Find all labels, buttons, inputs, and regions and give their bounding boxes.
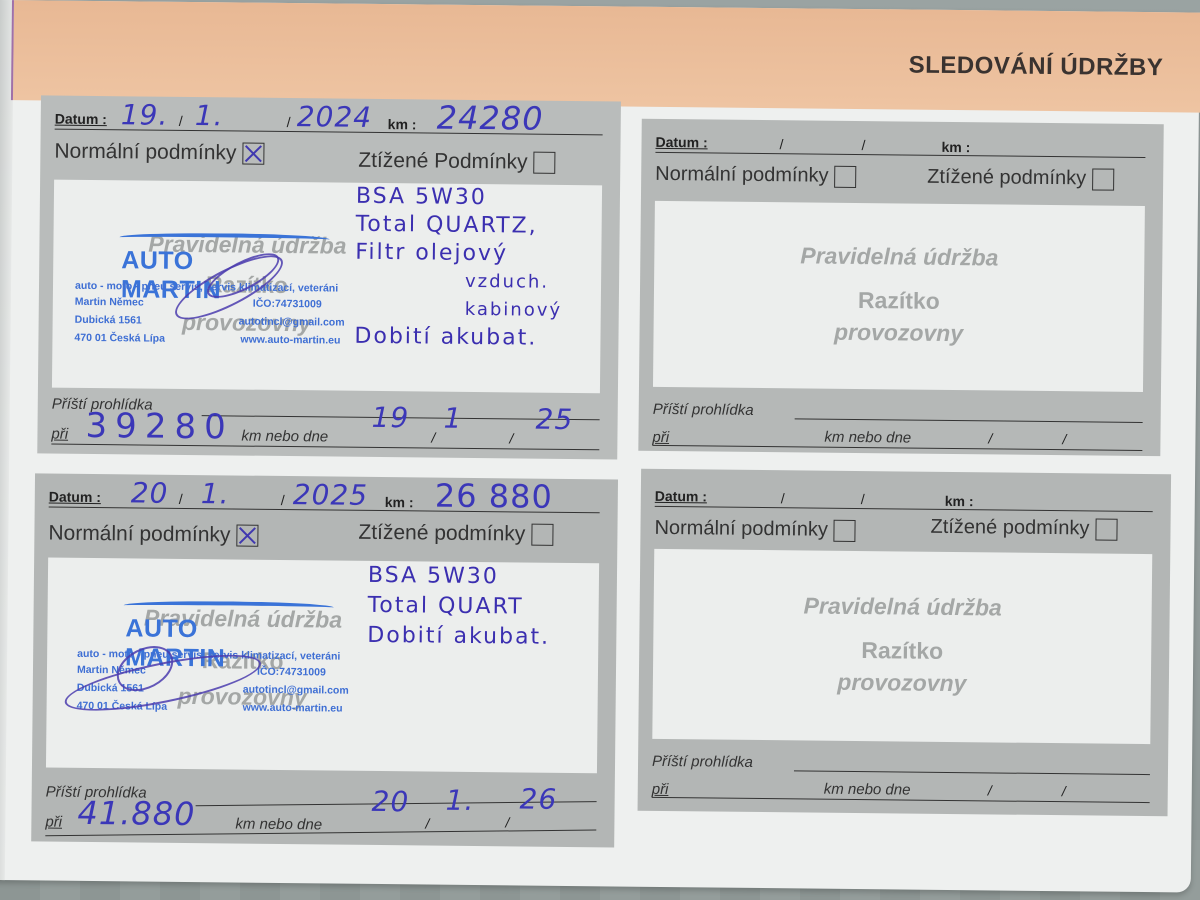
service-notes: BSA 5W30 Total QUART Dobití akubat.: [367, 561, 551, 653]
normal-conditions-label: Normální podmínky: [54, 140, 236, 166]
at-label: při: [45, 814, 62, 831]
next-month[interactable]: 1.: [445, 784, 474, 817]
next-inspection-label: Příští prohlídka: [652, 753, 753, 771]
date-month[interactable]: 1.: [195, 99, 224, 132]
next-km[interactable]: 39280: [85, 406, 234, 448]
km-label: km :: [941, 139, 970, 155]
date-separator: /: [781, 490, 785, 506]
harsh-conditions-label: Ztížené podmínky: [358, 521, 525, 547]
next-inspection-at-row: při km nebo dne / /: [652, 425, 1142, 454]
next-month[interactable]: 1: [443, 402, 462, 435]
normal-conditions-checkbox[interactable]: [242, 143, 264, 165]
date-separator: /: [425, 816, 429, 832]
harsh-conditions-label: Ztížené podmínky: [930, 516, 1089, 541]
next-year[interactable]: 25: [535, 403, 573, 436]
header-band: SLEDOVÁNÍ ÚDRŽBY: [13, 0, 1200, 112]
normal-conditions-label: Normální podmínky: [654, 517, 828, 542]
km-or-date-label: km nebo dne: [241, 428, 328, 446]
stamp-web: www.auto-martin.eu: [240, 334, 340, 347]
harsh-conditions-label: Ztížené podmínky: [927, 166, 1086, 191]
date-separator: /: [988, 430, 992, 446]
conditions-row: Normální podmínky Ztížené podmínky: [655, 163, 1149, 198]
km-or-date-label: km nebo dne: [824, 781, 911, 799]
note-line: BSA 5W30: [356, 183, 564, 213]
maintenance-card-2: Datum : / / km : Normální podmínky Ztíže…: [638, 119, 1163, 456]
note-line: Total QUARTZ,: [356, 211, 564, 241]
date-separator: /: [287, 114, 291, 130]
page-title: SLEDOVÁNÍ ÚDRŽBY: [909, 52, 1164, 83]
underline: [794, 770, 1150, 775]
page-binding-edge: [0, 0, 14, 880]
date-day[interactable]: 19.: [121, 98, 169, 131]
next-day[interactable]: 19: [371, 401, 409, 434]
normal-conditions-label: Normální podmínky: [48, 522, 230, 548]
stamp-city: 470 01 Česká Lípa: [74, 332, 165, 345]
note-line: vzduch.: [355, 267, 563, 297]
date-separator: /: [509, 430, 513, 446]
date-separator: /: [281, 492, 285, 508]
date-km-row: Datum : 20 / 1. / 2025 km : 26 880: [49, 482, 600, 514]
next-inspection-at-row: při 39280 km nebo dne 19 / 1 / 25: [51, 422, 599, 454]
normal-conditions: Normální podmínky: [54, 140, 264, 166]
underline: [795, 418, 1143, 423]
date-separator: /: [861, 491, 865, 507]
stamp-area[interactable]: Pravidelná údržba Razítko provozovny: [652, 549, 1152, 744]
stamp-ico: IČO:74731009: [257, 666, 326, 679]
watermark-workshop: provozovny: [653, 317, 1143, 349]
date-km-row: Datum : / / km :: [655, 127, 1145, 158]
stamp-area: Pravidelná údržba Razítko provozovny AUT…: [52, 180, 602, 394]
stamp-ico: IČO:74731009: [253, 298, 322, 311]
normal-conditions: Normální podmínky: [48, 522, 258, 548]
datum-label: Datum :: [655, 134, 707, 151]
harsh-conditions-checkbox[interactable]: [533, 152, 555, 174]
date-km-row: Datum : / / km :: [655, 481, 1153, 512]
km-label: km :: [388, 116, 417, 132]
watermark-regular-maintenance: Pravidelná údržba: [654, 591, 1152, 623]
conditions-row: Normální podmínky Ztížené podmínky: [654, 513, 1156, 548]
next-year[interactable]: 26: [519, 782, 557, 815]
note-line: Dobití akubat.: [354, 323, 562, 353]
watermark-stamp: Razítko: [654, 285, 1144, 317]
note-line: Filtr olejový: [355, 239, 563, 269]
next-km[interactable]: 41.880: [77, 794, 195, 833]
stamp-email: autotincl@gmail.com: [243, 684, 349, 697]
stamp-area: Pravidelná údržba Razítko provozovny AUT…: [46, 558, 599, 774]
date-km-row: Datum : 19. / 1. / 2024 km : 24280: [55, 104, 603, 136]
date-separator: /: [861, 137, 865, 153]
next-inspection-at-row: při 41.880 km nebo dne 20 / 1. / 26: [45, 810, 596, 842]
stamp-area[interactable]: Pravidelná údržba Razítko provozovny: [653, 201, 1145, 392]
date-separator: /: [179, 113, 183, 129]
next-day[interactable]: 20: [371, 785, 409, 818]
note-line: Total QUART: [368, 591, 551, 623]
note-line: BSA 5W30: [368, 561, 551, 593]
at-label: při: [51, 426, 68, 443]
date-month[interactable]: 1.: [201, 477, 230, 510]
date-separator: /: [1062, 783, 1066, 799]
stamp-web: www.auto-martin.eu: [243, 702, 343, 715]
date-year[interactable]: 2025: [293, 478, 369, 512]
date-separator: /: [988, 782, 992, 798]
stamp-email: autotincl@gmail.com: [239, 316, 345, 329]
km-label: km :: [945, 493, 974, 509]
date-separator: /: [179, 491, 183, 507]
harsh-conditions-checkbox[interactable]: [1095, 518, 1117, 540]
date-separator: /: [505, 814, 509, 830]
normal-conditions-checkbox[interactable]: [834, 519, 856, 541]
date-year[interactable]: 2024: [297, 100, 373, 134]
watermark-workshop: provozovny: [653, 667, 1151, 699]
maintenance-card-1: Datum : 19. / 1. / 2024 km : 24280 Normá…: [37, 95, 621, 459]
harsh-conditions: Ztížené podmínky: [927, 166, 1114, 191]
service-notes: BSA 5W30 Total QUARTZ, Filtr olejový vzd…: [354, 183, 563, 353]
harsh-conditions: Ztížené podmínky: [930, 516, 1117, 541]
at-label: při: [652, 429, 669, 446]
date-separator: /: [431, 430, 435, 446]
harsh-conditions: Ztížené Podmínky: [358, 149, 555, 175]
watermark-regular-maintenance: Pravidelná údržba: [654, 241, 1144, 273]
date-separator: /: [779, 136, 783, 152]
conditions-row: Normální podmínky Ztížené podmínky: [48, 518, 603, 554]
maintenance-card-4: Datum : / / km : Normální podmínky Ztíže…: [638, 469, 1172, 817]
km-or-date-label: km nebo dne: [824, 429, 911, 447]
stamp-owner: Martin Němec: [75, 296, 144, 309]
datum-label: Datum :: [55, 111, 107, 128]
normal-conditions-checkbox[interactable]: [834, 165, 856, 187]
normal-conditions-checkbox[interactable]: [236, 525, 258, 547]
next-inspection-label: Příští prohlídka: [653, 401, 754, 419]
harsh-conditions-checkbox[interactable]: [1092, 168, 1114, 190]
harsh-conditions-label: Ztížené Podmínky: [358, 149, 527, 175]
note-line: kabinový: [355, 295, 563, 325]
odometer-km[interactable]: 24280: [437, 99, 544, 138]
service-book-page: SLEDOVÁNÍ ÚDRŽBY Datum : 19. / 1. / 2024…: [0, 0, 1200, 893]
odometer-km[interactable]: 26 880: [435, 477, 553, 516]
next-inspection-at-row: při km nebo dne / /: [652, 777, 1150, 808]
watermark-stamp: Razítko: [653, 635, 1151, 667]
at-label: při: [652, 781, 669, 798]
harsh-conditions: Ztížené podmínky: [358, 521, 553, 547]
km-or-date-label: km nebo dne: [235, 816, 322, 834]
normal-conditions-label: Normální podmínky: [655, 163, 829, 188]
conditions-row: Normální podmínky Ztížené Podmínky: [54, 140, 606, 176]
datum-label: Datum :: [655, 488, 707, 505]
note-line: Dobití akubat.: [367, 621, 550, 653]
date-day[interactable]: 20: [131, 476, 169, 509]
km-label: km :: [385, 494, 414, 510]
normal-conditions: Normální podmínky: [655, 163, 857, 188]
date-separator: /: [1062, 431, 1066, 447]
normal-conditions: Normální podmínky: [654, 517, 856, 542]
stamp-street: Dubická 1561: [75, 314, 142, 327]
maintenance-card-3: Datum : 20 / 1. / 2025 km : 26 880 Normá…: [31, 473, 618, 847]
datum-label: Datum :: [49, 489, 101, 506]
harsh-conditions-checkbox[interactable]: [531, 524, 553, 546]
